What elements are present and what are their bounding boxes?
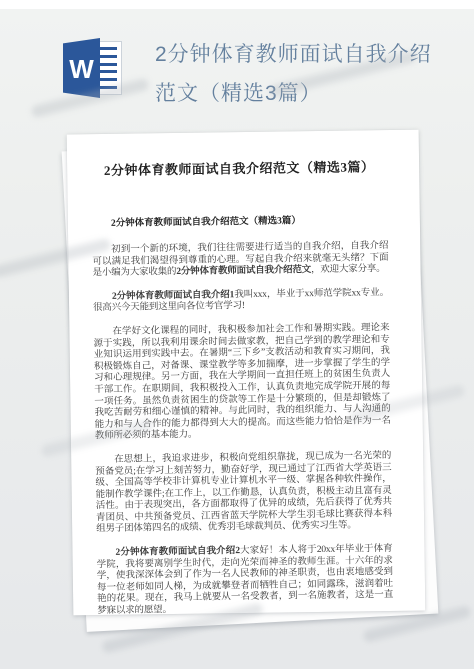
top-white-strip	[0, 0, 474, 9]
page-title-link[interactable]: 2分钟体育教师面试自我介绍 范文（精选3篇）	[155, 35, 445, 113]
doc-run: ，欢迎大家分享。	[311, 264, 386, 275]
doc-run-bold: 2分钟体育教师面试自我介绍范文	[176, 265, 311, 277]
document-page: 2分钟体育教师面试自我介绍范文（精选3篇） 2分钟体育教师面试自我介绍范文（精选…	[67, 130, 426, 616]
header: W 2分钟体育教师面试自我介绍 范文（精选3篇）	[0, 9, 474, 131]
document-subtitle: 2分钟体育教师面试自我介绍范文（精选3篇）	[92, 211, 388, 229]
doc-paragraph: 2分钟体育教师面试自我介绍1我叫xxx，毕业于xx师范学院xx专业。很高兴今天能…	[93, 288, 389, 315]
doc-paragraph: 在思想上，我追求进步，积极向党组织靠拢，现已成为一名光荣的预备党员;在学习上刻苦…	[95, 451, 392, 536]
word-icon-cover: W	[63, 38, 100, 98]
doc-run-bold: 2分钟体育教师面试自我介绍2	[115, 546, 240, 558]
word-icon-letter: W	[69, 56, 94, 82]
document-content: 2分钟体育教师面试自我介绍范文（精选3篇） 2分钟体育教师面试自我介绍范文（精选…	[91, 156, 394, 630]
doc-run-bold: 2分钟体育教师面试自我介绍1	[112, 290, 234, 302]
document-title: 2分钟体育教师面试自我介绍范文（精选3篇）	[91, 156, 387, 179]
doc-paragraph: 初到一个新的环境，我们往往需要进行适当的自我介绍，自我介绍可以满足我们渴望得到尊…	[92, 241, 388, 280]
doc-run: 在思想上，我追求进步，积极向党组织靠拢，现已成为一名光荣的预备党员;在学习上刻苦…	[95, 451, 392, 535]
